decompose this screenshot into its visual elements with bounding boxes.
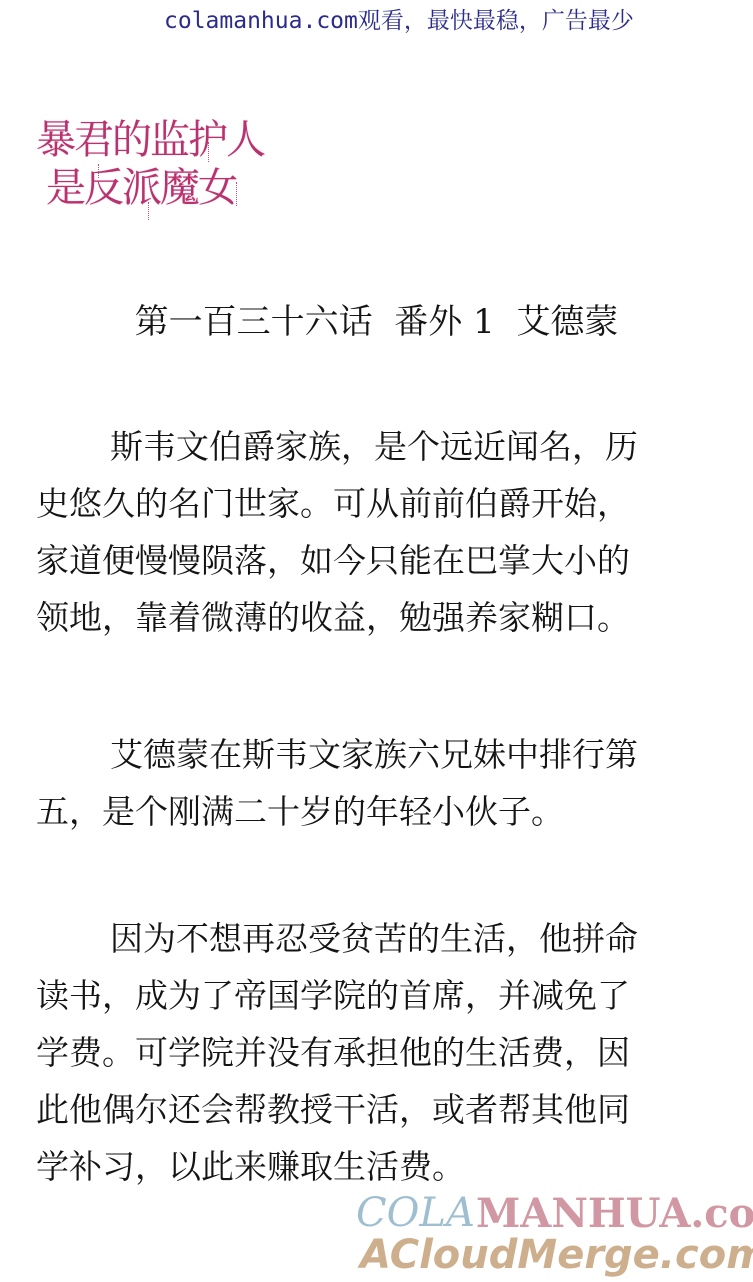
paragraph-line: 史悠久的名门世家。可从前前伯爵开始， (36, 475, 726, 532)
logo-dotted-ornament (98, 164, 99, 178)
watermark-cola: COLA (356, 1190, 475, 1236)
paragraph-line: 因为不想再忍受贫苦的生活，他拼命 (36, 910, 726, 967)
paragraph-line: 读书，成为了帝国学院的首席，并减免了 (36, 967, 726, 1024)
site-banner: colamanhua.com观看，最快最稳，广告最少 (164, 4, 744, 38)
paragraph-line: 此他偶尔还会帮教授干活，或者帮其他同 (36, 1081, 726, 1138)
paragraph-line: 领地，靠着微薄的收益，勉强养家糊口。 (36, 589, 726, 646)
watermark-acloudmerge: ACloudMerge.com (360, 1232, 753, 1278)
logo-line-2: 是反派魔女 (46, 166, 236, 210)
paragraph-line: 学补习，以此来赚取生活费。 (36, 1138, 726, 1195)
paragraph-line: 家道便慢慢陨落，如今只能在巴掌大小的 (36, 532, 726, 589)
paragraph: 艾德蒙在斯韦文家族六兄妹中排行第 五，是个刚满二十岁的年轻小伙子。 (36, 726, 726, 840)
paragraph-line: 学费。可学院并没有承担他的生活费，因 (36, 1024, 726, 1081)
logo-dotted-ornament (236, 182, 237, 206)
logo-line-1: 暴君的监护人 (36, 118, 264, 162)
watermark-manhua: MANHUA.com (476, 1190, 753, 1237)
logo-dotted-ornament (148, 202, 149, 220)
chapter-title: 第一百三十六话 番外 1 艾德蒙 (0, 292, 753, 352)
manga-title-logo: 暴君的监护人 是反派魔女 (36, 112, 276, 222)
paragraph: 因为不想再忍受贫苦的生活，他拼命 读书，成为了帝国学院的首席，并减免了 学费。可… (36, 910, 726, 1195)
paragraph-line: 斯韦文伯爵家族，是个远近闻名，历 (36, 418, 726, 475)
paragraph-line: 艾德蒙在斯韦文家族六兄妹中排行第 (36, 726, 726, 783)
logo-dotted-ornament (208, 142, 209, 162)
paragraph-line: 五，是个刚满二十岁的年轻小伙子。 (36, 783, 726, 840)
paragraph: 斯韦文伯爵家族，是个远近闻名，历 史悠久的名门世家。可从前前伯爵开始， 家道便慢… (36, 418, 726, 646)
